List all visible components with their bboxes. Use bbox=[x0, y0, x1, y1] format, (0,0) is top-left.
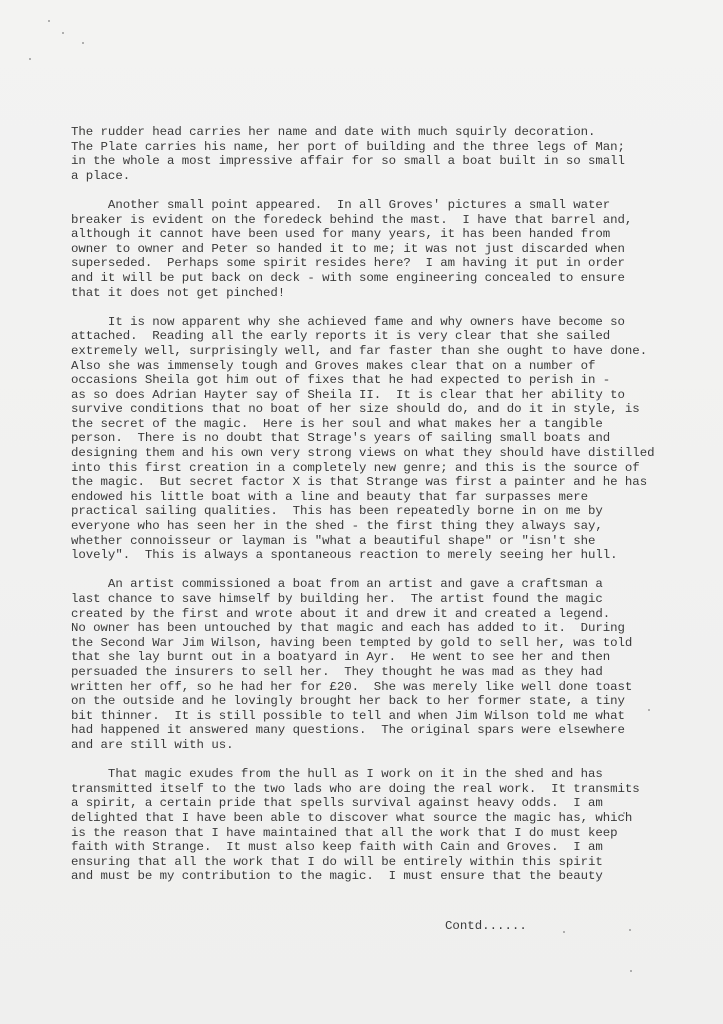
text-line: An artist commissioned a boat from an ar… bbox=[71, 577, 711, 592]
paper-speck bbox=[630, 970, 632, 972]
paper-speck bbox=[82, 42, 84, 44]
text-line: as so does Adrian Hayter say of Sheila I… bbox=[71, 388, 711, 403]
paragraph: It is now apparent why she achieved fame… bbox=[71, 315, 711, 563]
text-line: breaker is evident on the foredeck behin… bbox=[71, 213, 711, 228]
text-line: that she lay burnt out in a boatyard in … bbox=[71, 650, 711, 665]
text-line: the Second War Jim Wilson, having been t… bbox=[71, 636, 711, 651]
text-line: everyone who has seen her in the shed - … bbox=[71, 519, 711, 534]
text-line: in the whole a most impressive affair fo… bbox=[71, 154, 711, 169]
text-line: No owner has been untouched by that magi… bbox=[71, 621, 711, 636]
text-line: lovely". This is always a spontaneous re… bbox=[71, 548, 711, 563]
text-line: whether connoisseur or layman is "what a… bbox=[71, 534, 711, 549]
paper-speck bbox=[629, 929, 631, 931]
paragraph: An artist commissioned a boat from an ar… bbox=[71, 577, 711, 752]
text-line: the magic. But secret factor X is that S… bbox=[71, 475, 711, 490]
paper-speck bbox=[648, 709, 650, 711]
paragraph: The rudder head carries her name and dat… bbox=[71, 125, 711, 183]
text-line: had happened it answered many questions.… bbox=[71, 723, 711, 738]
text-line: Another small point appeared. In all Gro… bbox=[71, 198, 711, 213]
text-line: The Plate carries his name, her port of … bbox=[71, 140, 711, 155]
text-line: transmitted itself to the two lads who a… bbox=[71, 782, 711, 797]
text-line: and are still with us. bbox=[71, 738, 711, 753]
paper-speck bbox=[62, 32, 64, 34]
paragraph: Another small point appeared. In all Gro… bbox=[71, 198, 711, 300]
text-line: faith with Strange. It must also keep fa… bbox=[71, 840, 711, 855]
text-line: last chance to save himself by building … bbox=[71, 592, 711, 607]
text-line: the secret of the magic. Here is her sou… bbox=[71, 417, 711, 432]
text-line: written her off, so he had her for £20. … bbox=[71, 680, 711, 695]
text-line: created by the first and wrote about it … bbox=[71, 607, 711, 622]
text-line: The rudder head carries her name and dat… bbox=[71, 125, 711, 140]
text-line: a spirit, a certain pride that spells su… bbox=[71, 796, 711, 811]
text-line: and it will be put back on deck - with s… bbox=[71, 271, 711, 286]
paper-speck bbox=[48, 20, 50, 22]
text-line: That magic exudes from the hull as I wor… bbox=[71, 767, 711, 782]
text-line: practical sailing qualities. This has be… bbox=[71, 504, 711, 519]
text-line: on the outside and he lovingly brought h… bbox=[71, 694, 711, 709]
text-line: superseded. Perhaps some spirit resides … bbox=[71, 256, 711, 271]
text-line: delighted that I have been able to disco… bbox=[71, 811, 711, 826]
text-line: into this first creation in a completely… bbox=[71, 461, 711, 476]
text-line: It is now apparent why she achieved fame… bbox=[71, 315, 711, 330]
text-line: attached. Reading all the early reports … bbox=[71, 329, 711, 344]
typewritten-page: The rudder head carries her name and dat… bbox=[0, 0, 723, 1024]
text-line: person. There is no doubt that Strage's … bbox=[71, 431, 711, 446]
document-body: The rudder head carries her name and dat… bbox=[71, 125, 711, 898]
paper-speck bbox=[563, 931, 565, 933]
text-line: Also she was immensely tough and Groves … bbox=[71, 359, 711, 374]
text-line: persuaded the insurers to sell her. They… bbox=[71, 665, 711, 680]
continuation-marker: Contd...... bbox=[445, 919, 527, 933]
text-line: bit thinner. It is still possible to tel… bbox=[71, 709, 711, 724]
text-line: ensuring that all the work that I do wil… bbox=[71, 855, 711, 870]
paper-speck bbox=[623, 812, 625, 814]
text-line: occasions Sheila got him out of fixes th… bbox=[71, 373, 711, 388]
text-line: that it does not get pinched! bbox=[71, 286, 711, 301]
text-line: and must be my contribution to the magic… bbox=[71, 869, 711, 884]
text-line: is the reason that I have maintained tha… bbox=[71, 826, 711, 841]
text-line: designing them and his own very strong v… bbox=[71, 446, 711, 461]
text-line: although it cannot have been used for ma… bbox=[71, 227, 711, 242]
text-line: survive conditions that no boat of her s… bbox=[71, 402, 711, 417]
text-line: extremely well, surprisingly well, and f… bbox=[71, 344, 711, 359]
paper-speck bbox=[29, 58, 31, 60]
paragraph: That magic exudes from the hull as I wor… bbox=[71, 767, 711, 884]
text-line: a place. bbox=[71, 169, 711, 184]
text-line: endowed his little boat with a line and … bbox=[71, 490, 711, 505]
text-line: owner to owner and Peter so handed it to… bbox=[71, 242, 711, 257]
